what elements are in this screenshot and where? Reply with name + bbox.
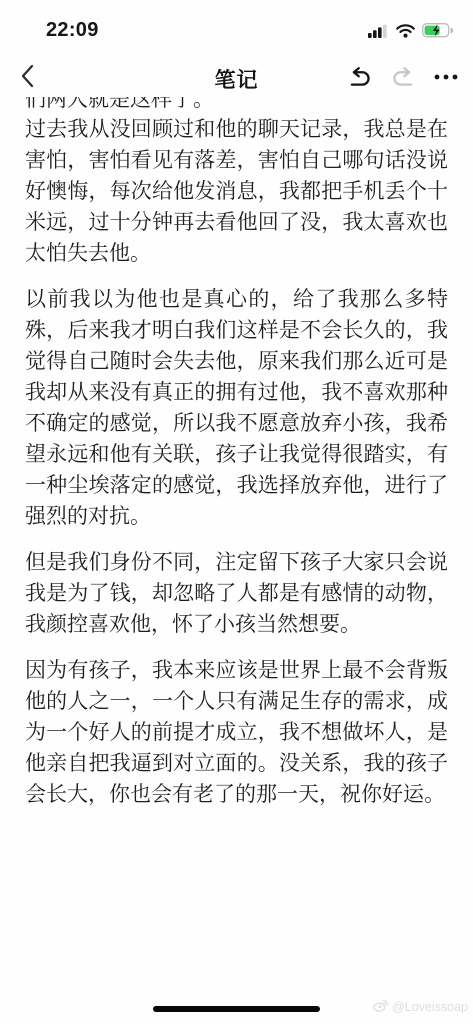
ellipsis-icon <box>432 64 460 90</box>
watermark: @Loveissoap <box>373 998 468 1015</box>
clipped-text-line: 们两人就是这样了。 <box>25 97 448 114</box>
redo-icon <box>390 64 416 90</box>
watermark-handle: @Loveissoap <box>392 1000 468 1014</box>
home-indicator[interactable] <box>153 1006 320 1012</box>
wifi-icon <box>396 24 415 43</box>
note-paragraph: 过去我从没回顾过和他的聊天记录，我总是在害怕，害怕看见有落差，害怕自己哪句话没说… <box>25 114 448 269</box>
nav-actions <box>345 60 461 94</box>
weibo-icon <box>373 998 389 1015</box>
nav-bar: 笔记 <box>0 56 473 100</box>
undo-icon <box>347 64 373 90</box>
status-bar: 22:09 <box>0 0 473 50</box>
note-editor[interactable]: 们两人就是这样了。 过去我从没回顾过和他的聊天记录，我总是在害怕，害怕看见有落差… <box>25 97 448 825</box>
more-button[interactable] <box>431 60 461 94</box>
notes-app-screen: 22:09 <box>0 0 473 1024</box>
undo-button[interactable] <box>345 60 375 94</box>
battery-charging-icon <box>422 23 453 43</box>
status-icons <box>368 23 453 43</box>
note-paragraph: 以前我以为他也是真心的，给了我那么多特殊，后来我才明白我们这样是不会长久的，我觉… <box>25 284 448 532</box>
note-paragraph: 但是我们身份不同，注定留下孩子大家只会说我是为了钱，却忽略了人都是有感情的动物，… <box>25 547 448 640</box>
cellular-signal-icon <box>368 24 389 43</box>
note-paragraph: 因为有孩子，我本来应该是世界上最不会背叛他的人之一，一个人只有满足生存的需求，成… <box>25 655 448 810</box>
clock-time: 22:09 <box>46 19 99 42</box>
redo-button[interactable] <box>388 60 418 94</box>
